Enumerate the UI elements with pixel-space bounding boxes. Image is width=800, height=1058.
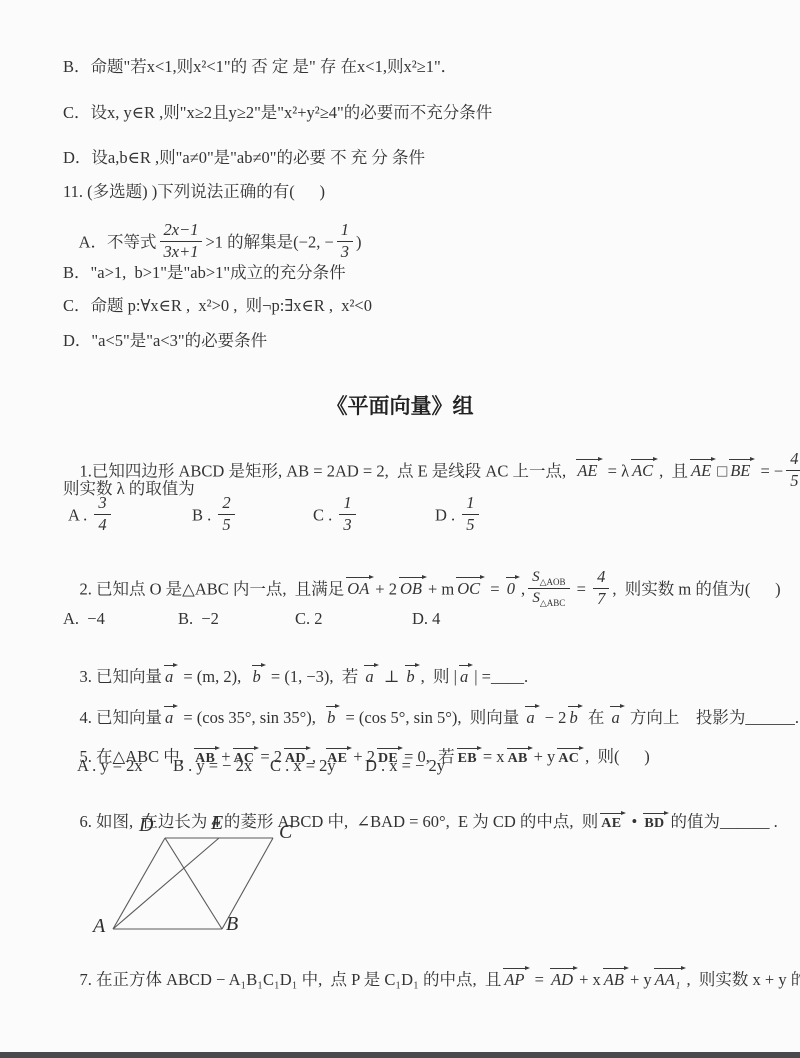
option-text: ) <box>356 232 362 251</box>
question-text: + m <box>428 579 454 598</box>
fraction: 15 <box>462 494 478 535</box>
vector-AB: AB <box>603 967 628 989</box>
vector-AE: AE <box>600 812 625 831</box>
q2-option-c: C. 2 <box>295 609 323 629</box>
vector-BE: BE <box>729 458 754 480</box>
question-text: = <box>531 970 549 989</box>
q11-option-d: D．"a<5"是"a<3"的必要条件 <box>63 327 267 351</box>
option-text: D．设a,b∈R ,则"a≠0"是"ab≠0"的必要 不 充 分 条件 <box>63 148 425 167</box>
subscript: △ABC <box>540 598 565 608</box>
vector-AE: AE <box>576 458 601 480</box>
option-text: A．不等式 <box>79 232 157 251</box>
option-text: B．命题"若x<1,则x²<1"的 否 定 是" 存 在x<1,则x²≥1"． <box>63 57 457 76</box>
vertex-label-A: A <box>93 915 105 938</box>
vector-a: a <box>364 664 377 686</box>
fraction: 45 <box>786 450 800 491</box>
q1-option-b: B . 25 <box>192 496 238 537</box>
question-1-options: A . 34 B . 25 C . 13 D . 15 <box>0 496 800 536</box>
question-7: 7. 在正方体 ABCD − A₁B₁C₁D₁ 中, 点 P 是 C₁D₁ 的中… <box>63 946 800 1010</box>
q5-option-b: B . y = − 2x <box>173 756 252 776</box>
q5-option-c: C . x = 2y <box>270 756 336 776</box>
worksheet-page: B．命题"若x<1,则x²<1"的 否 定 是" 存 在x<1,则x²≥1"． … <box>0 0 800 1058</box>
vertex-label-B: B <box>226 913 238 936</box>
question-text: 的值为 <box>670 812 720 831</box>
question-text: = <box>486 579 504 598</box>
vertex-label-E: E <box>211 812 223 835</box>
q5-option-d: D . x = − 2y <box>365 756 445 776</box>
fraction: 25 <box>218 494 234 535</box>
question-text: + y <box>630 970 652 989</box>
q5-option-a: A . y = 2x <box>77 756 143 776</box>
vector-AP: AP <box>503 967 528 989</box>
q2-option-b: B. −2 <box>178 609 219 629</box>
question-text: . <box>795 708 799 727</box>
vector-AC: AC <box>631 458 657 480</box>
rhombus-figure: D E C A B <box>95 812 315 944</box>
subscript: △AOB <box>540 577 566 587</box>
q11-option-b: B．"a>1, b>1"是"ab>1"成立的充分条件 <box>63 259 346 283</box>
fraction: 13 <box>337 221 353 262</box>
option-text: >1 的解集是(−2, − <box>205 232 333 251</box>
vector-b: b <box>252 664 265 686</box>
question-text: + x <box>579 970 601 989</box>
option-text: C．命题 p:∀x∈R , x²>0 , 则¬p:∃x∈R , x²<0 <box>63 296 372 315</box>
option-text: D．"a<5"是"a<3"的必要条件 <box>63 331 267 350</box>
question-text: + 2 <box>375 579 397 598</box>
question-text: , <box>521 579 525 598</box>
area-ratio-fraction: S△AOBS△ABC <box>528 569 569 609</box>
vector-AD: AD <box>550 967 577 989</box>
answer-blank: ______ <box>745 708 795 727</box>
q1-option-d: D . 15 <box>435 496 482 537</box>
q2-option-d: D. 4 <box>412 609 440 629</box>
vector-BD: BD <box>643 812 668 831</box>
q1-option-a: A . 34 <box>68 496 114 537</box>
answer-blank: ______ <box>720 812 770 831</box>
question-text: = <box>573 579 591 598</box>
option-text: C．设x, y∈R ,则"x≥2且y≥2"是"x²+y²≥4"的必要而不充分条件 <box>63 103 492 122</box>
q10-option-b: B．命题"若x<1,则x²<1"的 否 定 是" 存 在x<1,则x²≥1"． <box>63 53 457 77</box>
question-text: 7. 在正方体 ABCD − A₁B₁C₁D₁ 中, 点 P 是 C₁D₁ 的中… <box>80 970 502 989</box>
q11-option-c: C．命题 p:∀x∈R , x²>0 , 则¬p:∃x∈R , x²<0 <box>63 292 372 316</box>
q1-option-c: C . 13 <box>313 496 359 537</box>
vertex-label-C: C <box>279 821 292 844</box>
vector-b: b <box>405 664 418 686</box>
question-text: = λ <box>604 461 630 480</box>
question-text: = − <box>756 461 783 480</box>
fraction: 34 <box>94 494 110 535</box>
question-text: 2. 已知点 O 是△ABC 内一点, 且满足 <box>80 579 345 598</box>
dot-operator: □ <box>717 461 727 480</box>
q11-header: 11. (多选题) )下列说法正确的有( ) <box>63 178 325 202</box>
question-text: , 且 <box>659 461 688 480</box>
question-text: . <box>769 812 777 831</box>
question-text: , 则实数 x + y 的值 <box>687 970 800 989</box>
vector-AA1: AA₁ <box>654 967 685 989</box>
question-text: , 则实数 m 的值为( ) <box>612 579 780 598</box>
vector-a: a <box>164 664 177 686</box>
vector-zero: 0 <box>506 576 519 598</box>
q10-option-d: D．设a,b∈R ,则"a≠0"是"ab≠0"的必要 不 充 分 条件 <box>63 144 425 168</box>
question-text: 11. (多选题) )下列说法正确的有( ) <box>63 182 325 201</box>
dot-operator: • <box>627 812 641 831</box>
fraction: 2x−13x+1 <box>160 221 203 262</box>
vector-a: a <box>459 664 472 686</box>
option-text: B．"a>1, b>1"是"ab>1"成立的充分条件 <box>63 263 346 282</box>
vector-OB: OB <box>399 576 426 598</box>
vector-OA: OA <box>346 576 373 598</box>
vector-AE: AE <box>690 458 715 480</box>
q10-option-c: C．设x, y∈R ,则"x≥2且y≥2"是"x²+y²≥4"的必要而不充分条件 <box>63 99 492 123</box>
fraction: 13 <box>339 494 355 535</box>
q2-option-a: A. −4 <box>63 609 105 629</box>
vertex-label-D: D <box>139 814 153 837</box>
vector-OC: OC <box>456 576 484 598</box>
fraction: 47 <box>593 568 609 609</box>
scan-edge-bar <box>0 1052 800 1058</box>
section-title: 《平面向量》组 <box>0 390 800 420</box>
